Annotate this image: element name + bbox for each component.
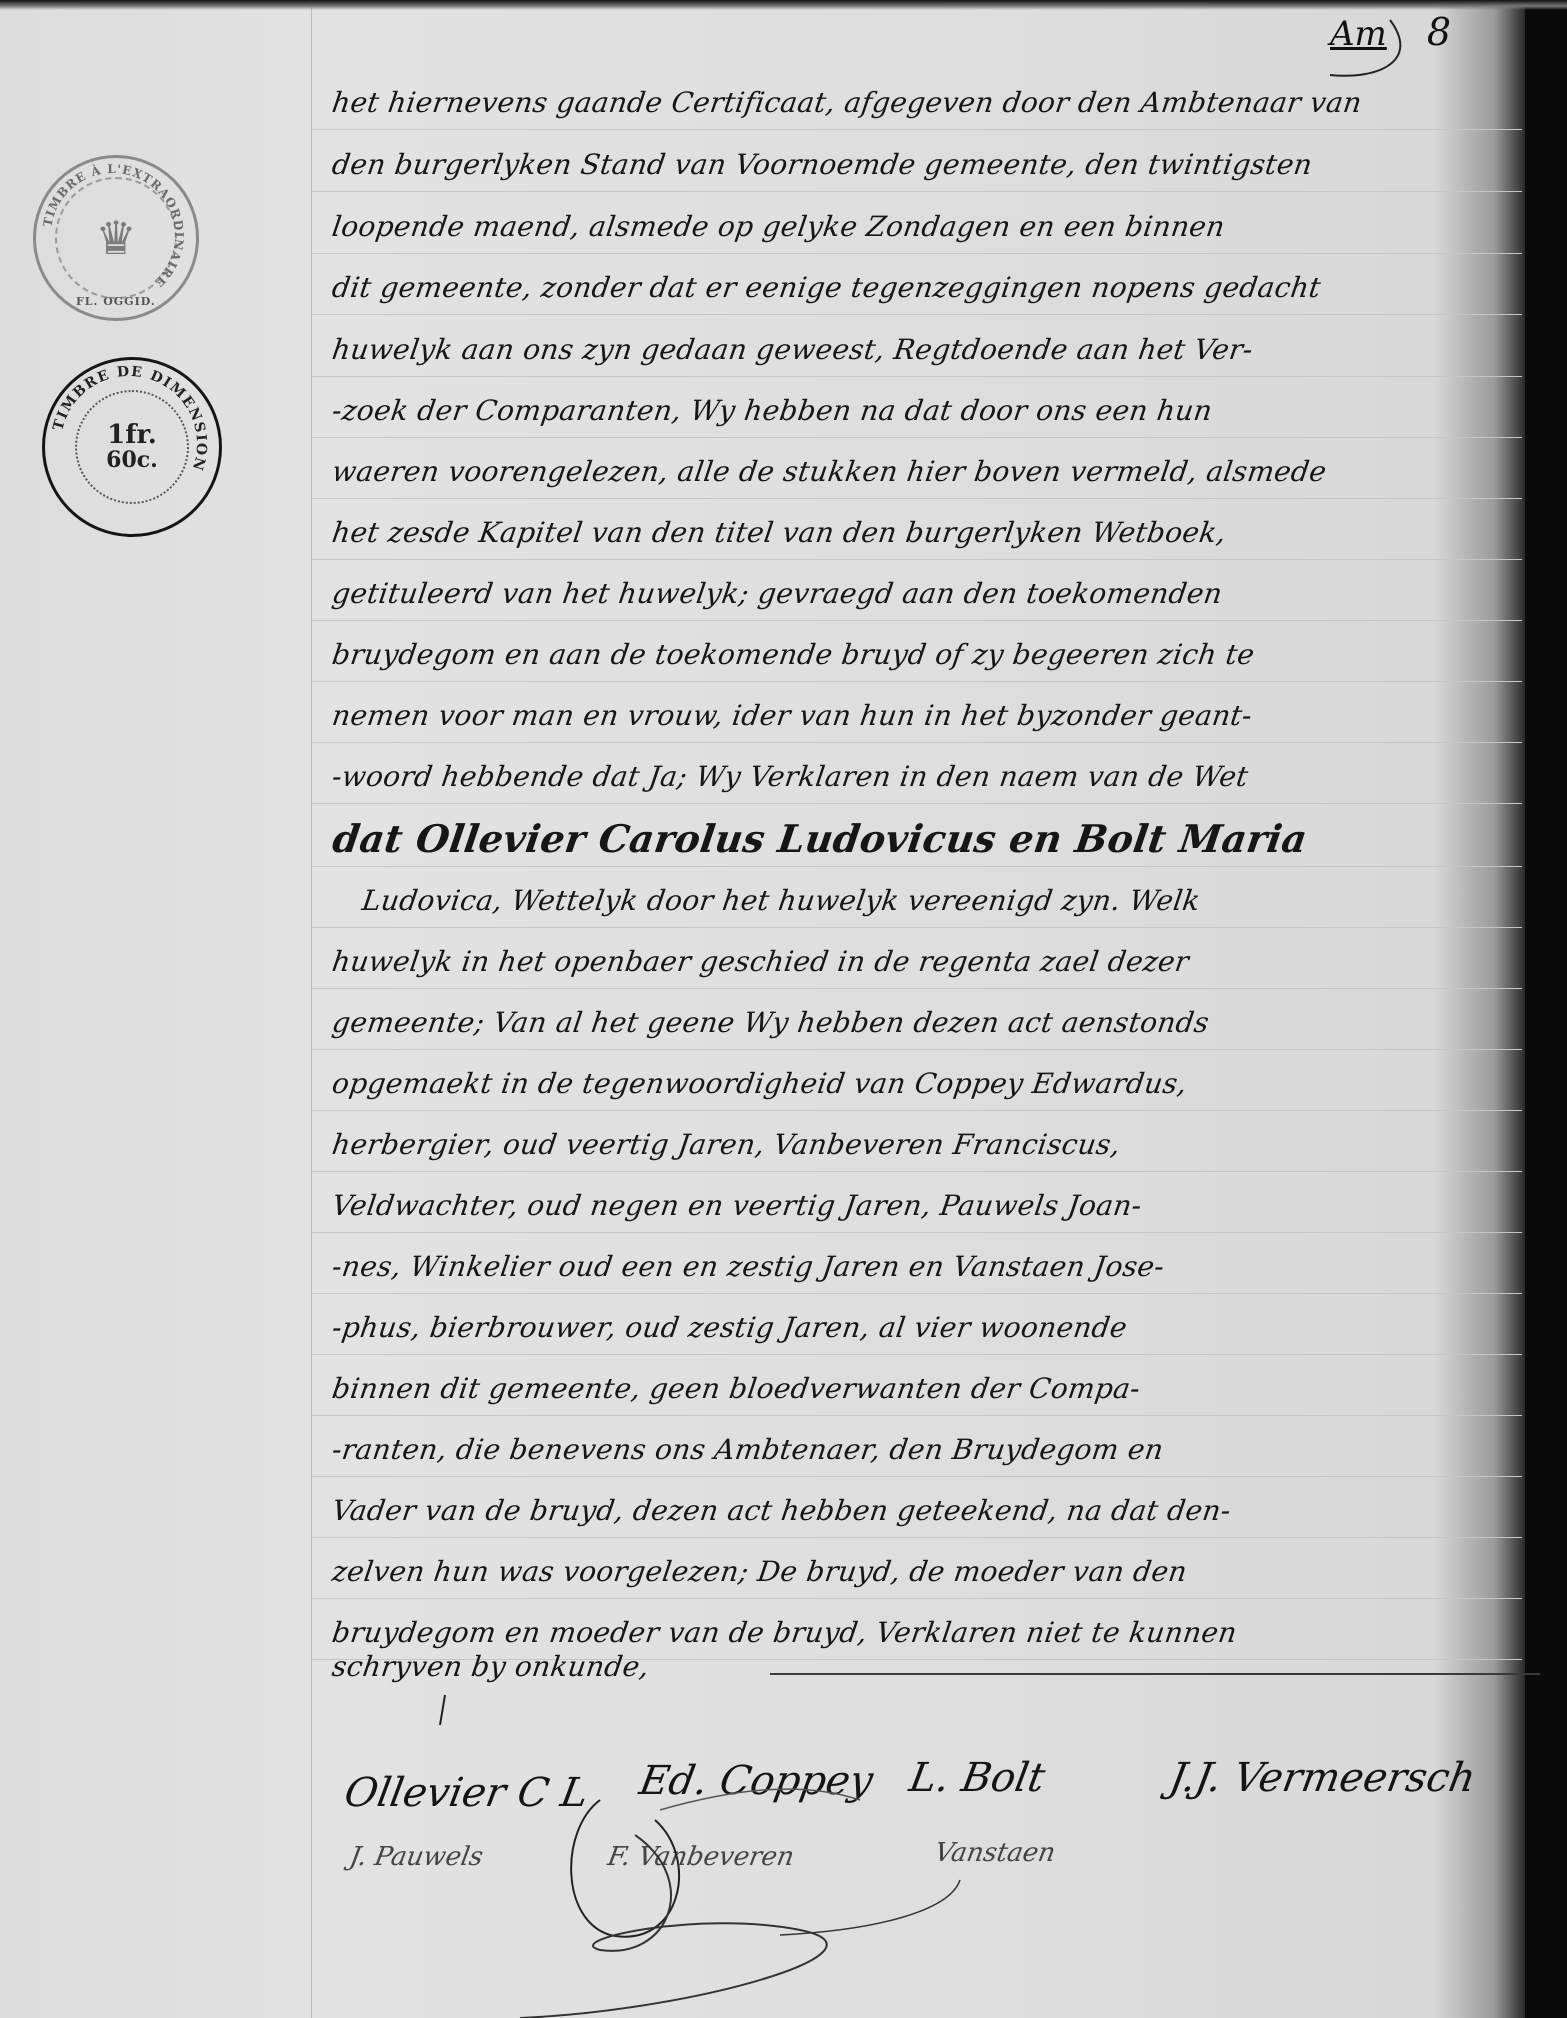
signature-flourish-icon [0,0,1567,2018]
